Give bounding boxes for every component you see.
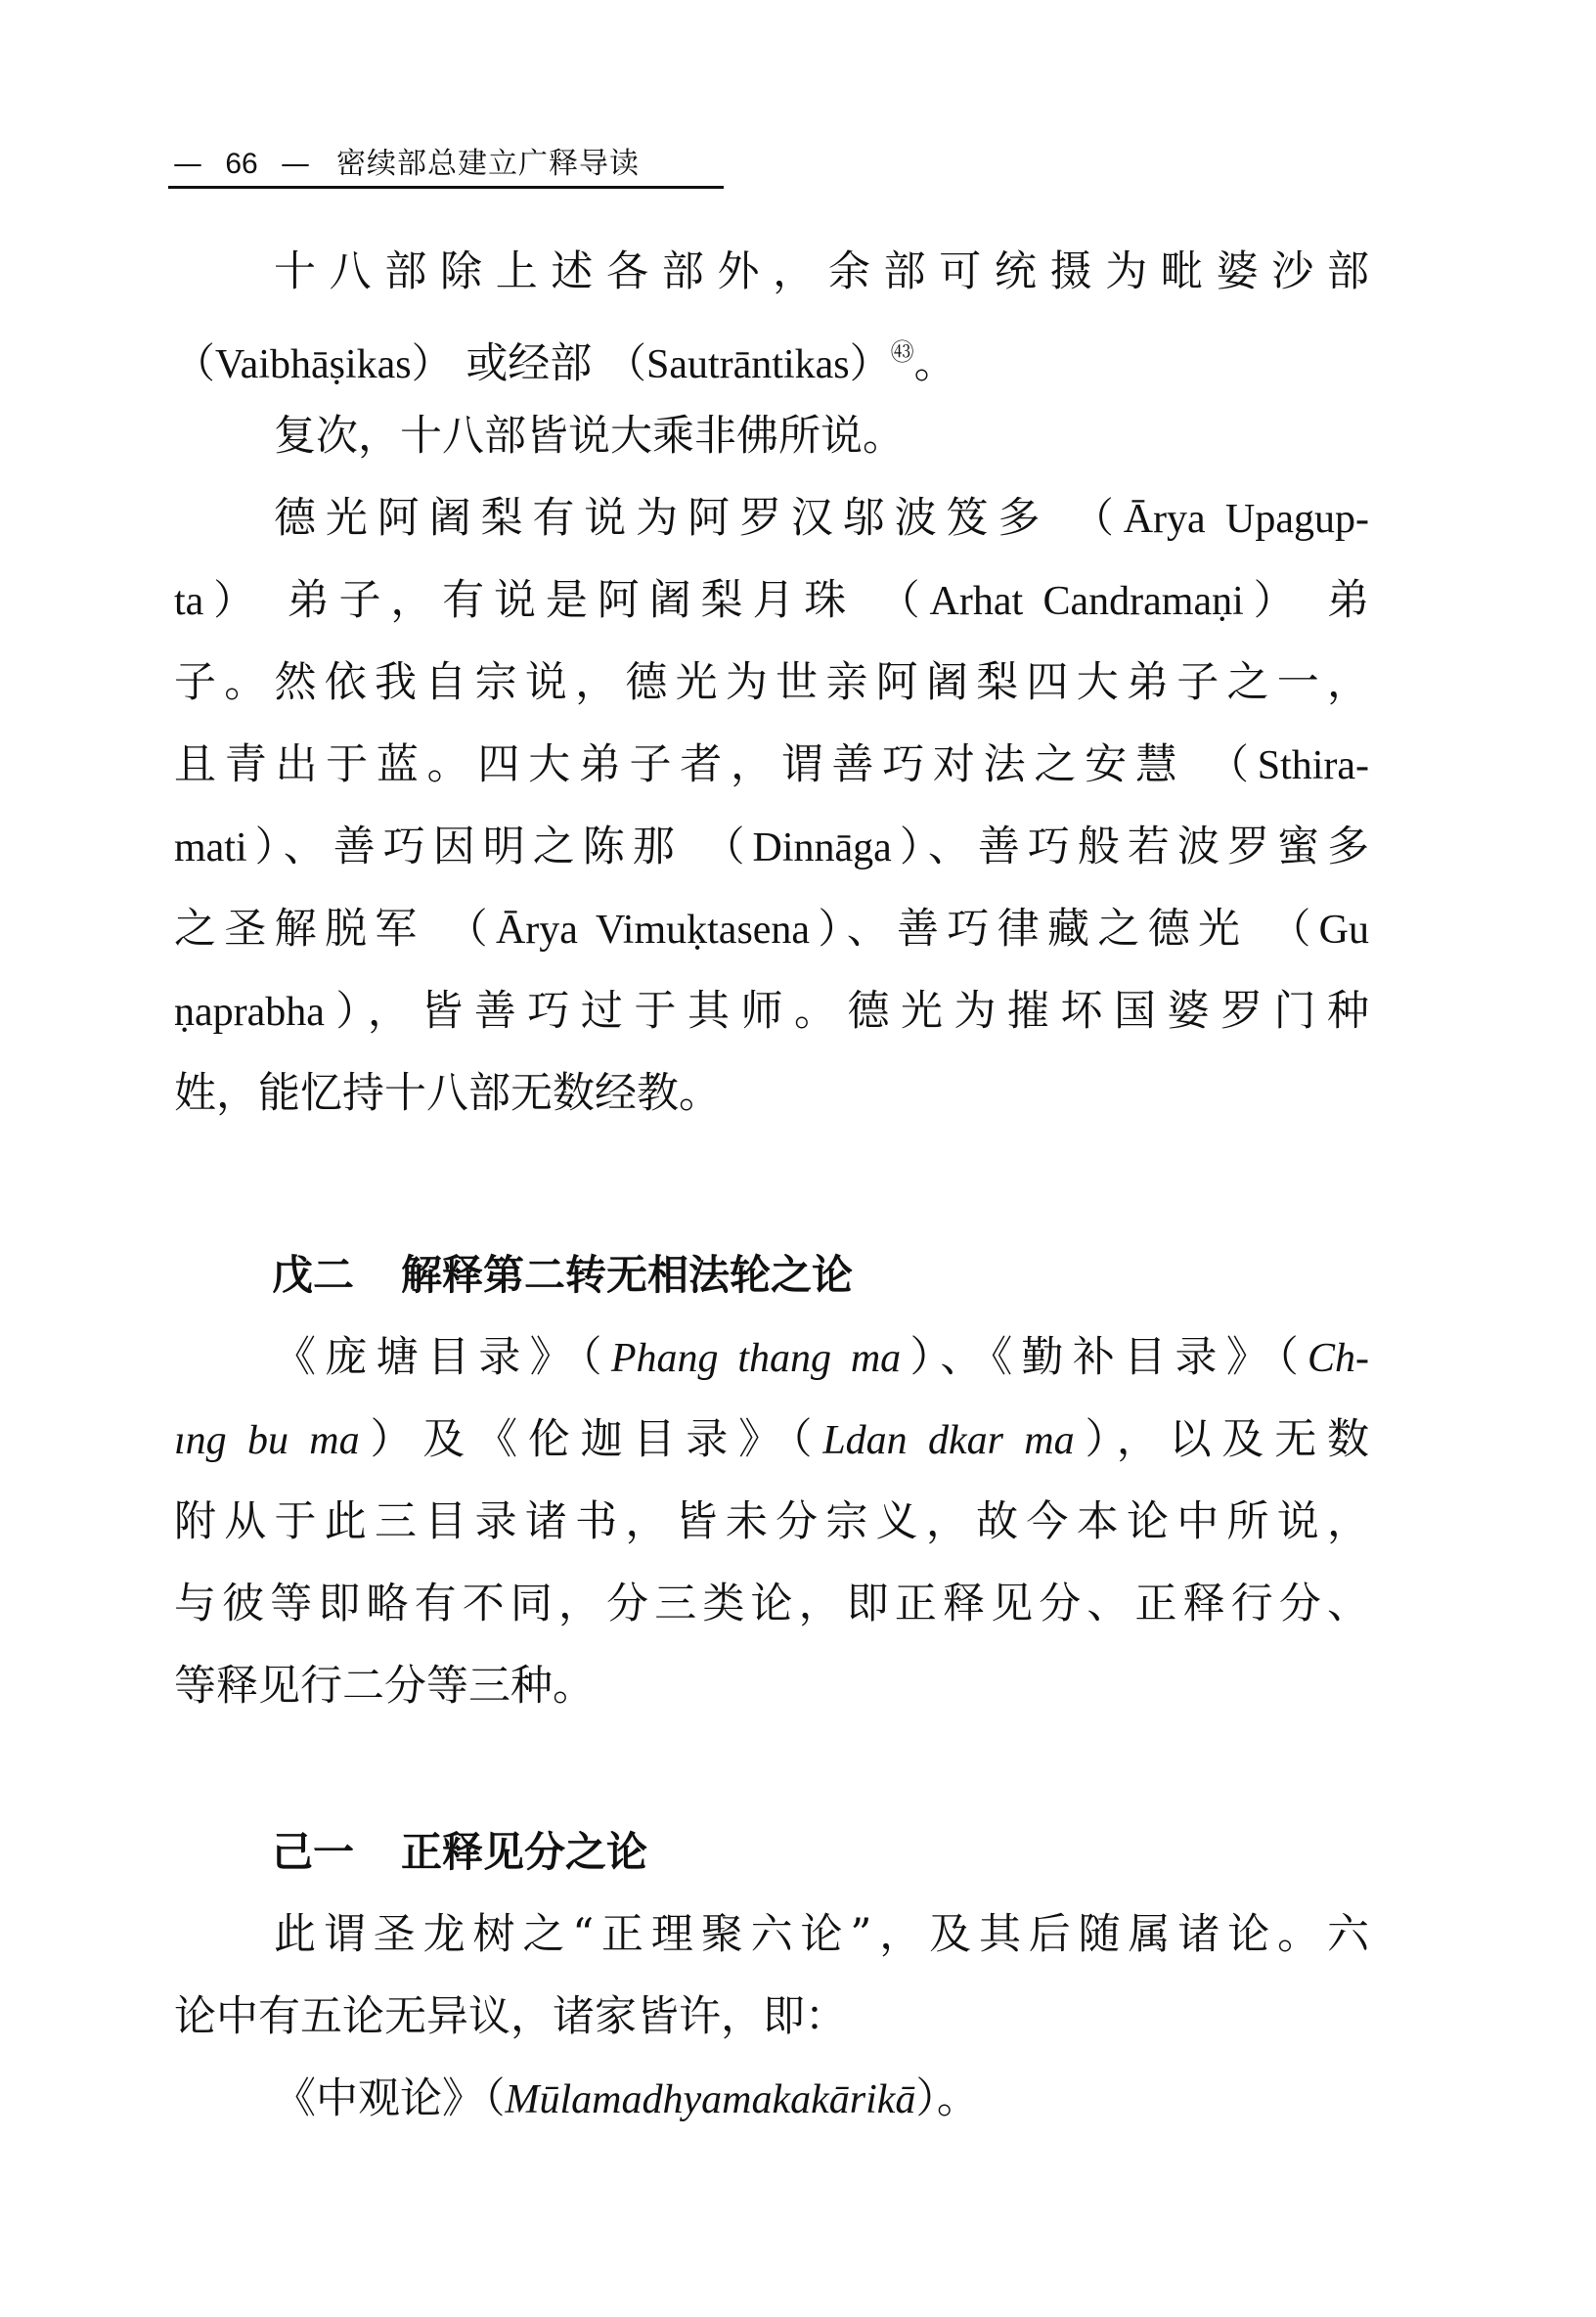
text-run: 等释见行二分等三种。 — [174, 1662, 595, 1711]
sanskrit-term: （Arhat Candramaṇi） — [879, 579, 1305, 624]
text-run: ）、《勤补目录》 — [901, 1333, 1277, 1382]
text-line: 子。然依我自宗说，德光为世亲阿阇梨四大弟子之一， — [174, 655, 1369, 714]
text-line: 十八部除上述各部外，余部可统摄为毗婆沙部 — [274, 245, 1369, 303]
sanskrit-term: mati） — [174, 825, 284, 870]
text-run: 此谓圣龙树之“正理聚六论”，及其后随属诸论。六 — [274, 1910, 1369, 1959]
tibetan-title: Ch- — [1308, 1336, 1369, 1381]
text-run: 。 — [914, 339, 956, 388]
text-run: ）及《伦迦目录》 — [360, 1415, 791, 1464]
text-line: 德光阿阇梨有说为阿罗汉邬波笈多 （Ārya Upagup- — [274, 491, 1369, 550]
text-line: 论中有五论无异议，诸家皆许，即： — [174, 1989, 1369, 2048]
sanskrit-title: Mūlamadhyamakakārikā — [506, 2077, 916, 2122]
text-run: 与彼等即略有不同，分三类论，即正释见分、正释行分、 — [174, 1580, 1369, 1628]
page-number-dash-left: — — [168, 147, 207, 182]
sanskrit-term: ṇaprabha） — [174, 990, 368, 1035]
text-run: ），以及无数 — [1075, 1415, 1369, 1464]
text-run: 姓，能忆持十八部无数经教。 — [174, 1069, 721, 1118]
text-line: ıng bu ma）及《伦迦目录》（Ldan dkar ma），以及无数 — [174, 1412, 1369, 1471]
text-run: 、善巧般若波罗蜜多 — [928, 823, 1369, 871]
text-run: 论中有五论无异议，诸家皆许，即： — [174, 1992, 847, 2041]
text-run: 或经部 — [465, 339, 592, 388]
footnote-marker[interactable]: ㊸ — [891, 338, 914, 366]
text-run: ，皆善巧过于其师。德光为摧坏国婆罗门种 — [368, 987, 1369, 1036]
text-run: 弟子，有说是阿阇梨月珠 — [288, 576, 857, 625]
sanskrit-term: ta） — [174, 579, 264, 624]
section-number: 戊二 — [272, 1248, 354, 1303]
text-run: （ — [484, 2074, 506, 2123]
text-run: 之圣解脱军 — [174, 905, 425, 954]
text-run: 复次，十八部皆说大乘非佛所说。 — [274, 412, 905, 461]
book-page: —66—密续部总建立广释导读 十八部除上述各部外，余部可统摄为毗婆沙部 （Vai… — [0, 0, 1596, 2317]
text-line: ṇaprabha），皆善巧过于其师。德光为摧坏国婆罗门种 — [174, 984, 1369, 1043]
text-line: 姓，能忆持十八部无数经教。 — [174, 1066, 1369, 1125]
text-run: （ — [1277, 1333, 1308, 1382]
text-line: 与彼等即略有不同，分三类论，即正释见分、正释行分、 — [174, 1577, 1369, 1635]
text-run: 、善巧因明之陈那 — [284, 823, 683, 871]
tibetan-title: Phang thang ma — [611, 1336, 901, 1381]
text-line: 《庞塘目录》（Phang thang ma）、《勤补目录》（Ch- — [274, 1330, 1369, 1389]
text-line: （Vaibhāṣikas） 或经部 （Sautrāntikas）㊸。 — [174, 325, 1369, 383]
text-line: 之圣解脱军 （Ārya Vimuḳtasena）、善巧律藏之德光 （Gu — [174, 902, 1369, 960]
sanskrit-term: （Gu — [1269, 908, 1369, 953]
page-number: 66 — [207, 147, 276, 182]
sanskrit-term: （Ārya Upagup- — [1073, 497, 1369, 542]
text-line: ta） 弟子，有说是阿阇梨月珠 （Arhat Candramaṇi） 弟 — [174, 573, 1369, 632]
text-run: 、善巧律藏之德光 — [847, 905, 1249, 954]
text-run: 且青出于蓝。四大弟子者，谓善巧对法之安慧 — [174, 740, 1186, 789]
text-line: 且青出于蓝。四大弟子者，谓善巧对法之安慧 （Sthira- — [174, 737, 1369, 796]
tibetan-title: ıng bu ma — [174, 1418, 360, 1463]
sanskrit-term: （Vaibhāṣikas） — [174, 342, 453, 387]
running-head: —66—密续部总建立广释导读 — [168, 147, 724, 190]
sanskrit-term: （Sthira- — [1208, 743, 1369, 788]
section-heading: 己一正释见分之论 — [272, 1825, 647, 1884]
text-line: 等释见行二分等三种。 — [174, 1659, 1369, 1717]
text-run: 十八部除上述各部外，余部可统摄为毗婆沙部 — [274, 247, 1369, 296]
text-line: 此谓圣龙树之“正理聚六论”，及其后随属诸论。六 — [274, 1907, 1369, 1966]
text-run: （ — [791, 1415, 822, 1464]
text-run: 附从于此三目录诸书，皆未分宗义，故今本论中所说， — [174, 1497, 1369, 1546]
section-title: 解释第二转无相法轮之论 — [401, 1248, 853, 1303]
text-line: 附从于此三目录诸书，皆未分宗义，故今本论中所说， — [174, 1494, 1369, 1553]
text-run: 《中观论》 — [274, 2074, 484, 2123]
sanskrit-term: （Dinnāga） — [704, 825, 928, 870]
text-line: 复次，十八部皆说大乘非佛所说。 — [274, 409, 1369, 468]
section-number: 己一 — [272, 1825, 354, 1880]
text-run: ）。 — [915, 2074, 979, 2123]
header-rule — [168, 186, 724, 189]
text-run: 德光阿阇梨有说为阿罗汉邬波笈多 — [274, 494, 1049, 543]
section-heading: 戊二解释第二转无相法轮之论 — [272, 1248, 853, 1307]
text-run: （ — [581, 1333, 611, 1382]
sanskrit-term: （Sautrāntikas） — [605, 342, 891, 387]
text-run: 子。然依我自宗说，德光为世亲阿阇梨四大弟子之一， — [174, 658, 1369, 707]
section-title: 正释见分之论 — [401, 1825, 647, 1880]
sanskrit-term: （Ārya Vimuḳtasena） — [447, 908, 847, 953]
text-run: 弟 — [1327, 576, 1369, 625]
book-title: 密续部总建立广释导读 — [336, 147, 640, 182]
page-number-dash-right: — — [276, 147, 315, 182]
text-run: 《庞塘目录》 — [274, 1333, 581, 1382]
text-line: 《中观论》（Mūlamadhyamakakārikā）。 — [274, 2072, 1369, 2130]
text-line: mati）、善巧因明之陈那 （Dinnāga）、善巧般若波罗蜜多 — [174, 820, 1369, 878]
tibetan-title: Ldan dkar ma — [822, 1418, 1074, 1463]
